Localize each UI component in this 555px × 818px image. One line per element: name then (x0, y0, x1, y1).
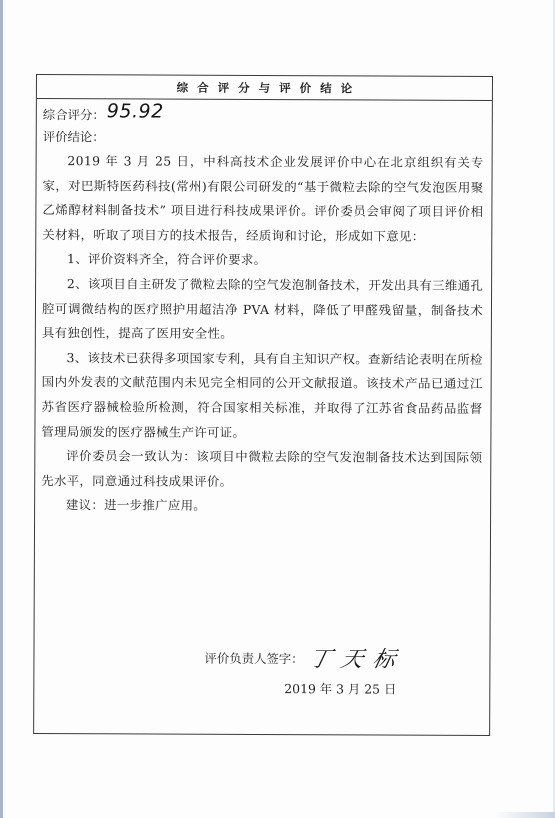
signature-block: 评价负责人签字： 丁天标 2019 年 3 月 25 日 (204, 642, 484, 698)
conclusion-label: 评价结论： (43, 125, 484, 151)
signature-row: 评价负责人签字： 丁天标 (204, 642, 484, 674)
evaluation-form: 综合评分与评价结论 综合评分： 95.92 评价结论： 2019 年 3 月 2… (33, 74, 493, 736)
form-body: 综合评分： 95.92 评价结论： 2019 年 3 月 25 日，中科高技术企… (35, 99, 492, 520)
signature-date: 2019 年 3 月 25 日 (284, 679, 484, 698)
handwritten-signature: 丁天标 (306, 642, 409, 673)
paragraph-intro: 2019 年 3 月 25 日，中科高技术企业发展评价中心在北京组织有关专家，对… (42, 149, 483, 249)
paragraph-opinion-2: 2、该项目自主研发了微粒去除的空气发泡制备技术，开发出具有三维通孔腔可调微结构的… (42, 272, 483, 348)
paragraph-opinion-1: 1、评价资料齐全，符合评价要求。 (42, 247, 483, 274)
paragraph-committee-conclusion: 评价委员会一致认为：该项目中微粒去除的空气发泡制备技术达到国际领先水平，同意通过… (41, 444, 482, 495)
score-line: 综合评分： 95.92 (43, 101, 484, 127)
form-title: 综合评分与评价结论 (37, 75, 492, 101)
signature-label: 评价负责人签字： (204, 648, 303, 666)
scan-corner-shadow (495, 812, 555, 818)
scan-edge-left (0, 0, 3, 818)
handwritten-score: 95.92 (107, 99, 164, 124)
paragraph-opinion-3: 3、该技术已获得多项国家专利，具有自主知识产权。查新结论表明在所检国内外发表的文… (41, 346, 482, 446)
paragraph-suggestion: 建议：进一步推广应用。 (41, 493, 482, 520)
